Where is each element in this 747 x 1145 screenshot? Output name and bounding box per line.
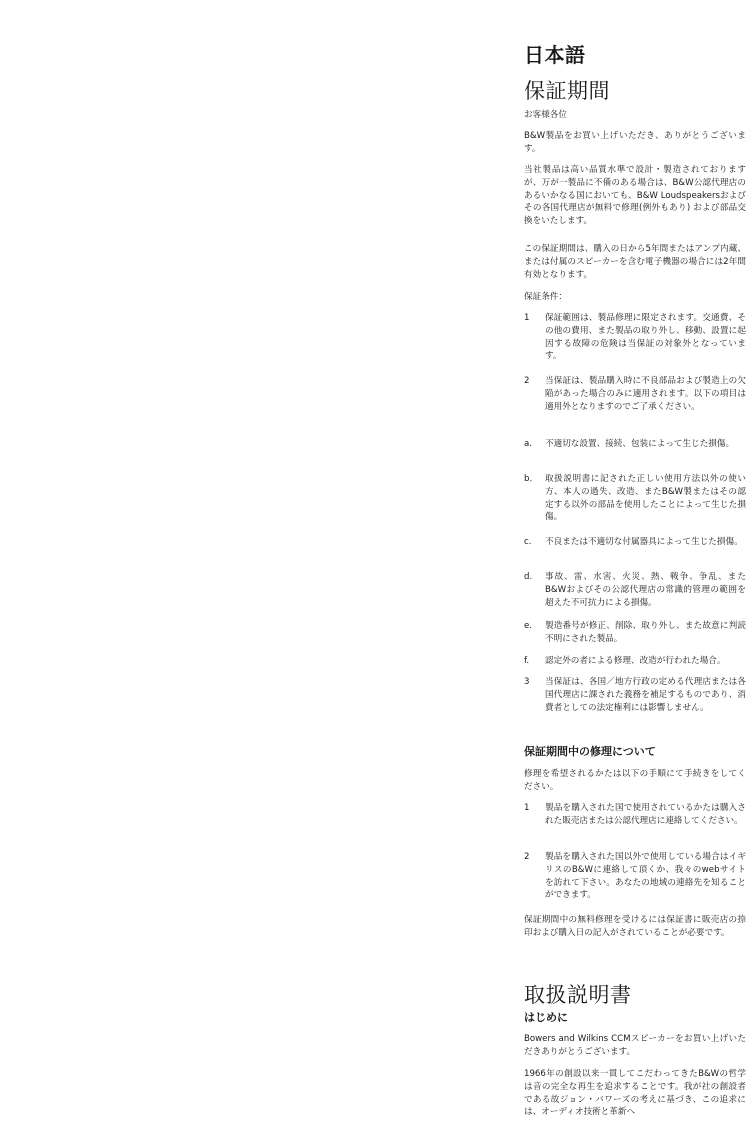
condition-item: a. 不適切な設置、接続、包装によって生じた損傷。 xyxy=(524,438,746,451)
condition-number: e. xyxy=(524,620,545,646)
condition-number: d. xyxy=(524,571,545,609)
warranty-para-2: 当社製品は高い品質水準で設計・製造されておりますが、万が一製品に不備のある場合は… xyxy=(524,164,746,228)
repair-step: 2 製品を購入された国以外で使用している場合はイギリスのB&Wに連絡して頂くか、… xyxy=(524,851,746,902)
language-heading: 日本語 xyxy=(524,43,586,67)
condition-item: 2 当保証は、製品購入時に不良部品および製造上の欠陥があった場合のみに適用されま… xyxy=(524,375,746,413)
condition-text: 認定外の者による修理、改造が行われた場合。 xyxy=(545,655,746,668)
condition-text: 当保証は、各国／地方行政の定める代理店または各国代理店に課された義務を補足するも… xyxy=(545,676,746,714)
step-text: 製品を購入された国で使用されているかたは購入された販売店または公認代理店に連絡し… xyxy=(545,802,746,828)
repair-note: 保証期間中の無料修理を受けるには保証書に販売店の捺印および購入日の記入がされてい… xyxy=(524,914,746,940)
step-number: 1 xyxy=(524,802,545,828)
condition-item: d. 事故、雷、水害、火災、熱、戦争、争乱、またB&Wおよびその公認代理店の常識… xyxy=(524,571,746,609)
warranty-para-1: B&W製品をお買い上げいただき、ありがとうございます。 xyxy=(524,130,746,156)
condition-text: 不適切な設置、接続、包装によって生じた損傷。 xyxy=(545,438,746,451)
condition-text: 製造番号が修正、削除、取り外し、また故意に判読不明にされた製品。 xyxy=(545,620,746,646)
repair-step: 1 製品を購入された国で使用されているかたは購入された販売店または公認代理店に連… xyxy=(524,802,746,828)
condition-item: f. 認定外の者による修理、改造が行われた場合。 xyxy=(524,655,746,668)
condition-number: a. xyxy=(524,438,545,451)
manual-title: 取扱説明書 xyxy=(524,983,746,1007)
condition-item: 1 保証範囲は、製品修理に限定されます。交通費、その他の費用、また製品の取り外し… xyxy=(524,312,746,363)
condition-text: 事故、雷、水害、火災、熱、戦争、争乱、またB&Wおよびその公認代理店の常識的管理… xyxy=(545,571,746,609)
condition-number: c. xyxy=(524,536,545,549)
condition-text: 当保証は、製品購入時に不良部品および製造上の欠陥があった場合のみに適用されます。… xyxy=(545,375,746,413)
conditions-label: 保証条件： xyxy=(524,291,746,304)
condition-item: 3 当保証は、各国／地方行政の定める代理店または各国代理店に課された義務を補足す… xyxy=(524,676,746,714)
repair-title: 保証期間中の修理について xyxy=(524,745,746,759)
condition-item: b. 取扱説明書に記された正しい使用方法以外の使い方、本人の過失、改造、またB&… xyxy=(524,473,746,524)
condition-number: 3 xyxy=(524,676,545,714)
intro-heading: はじめに xyxy=(524,1011,746,1025)
condition-number: 1 xyxy=(524,312,545,363)
warranty-para-3: この保証期間は、購入の日から5年間またはアンプ内蔵、または付属のスピーカーを含む… xyxy=(524,243,746,281)
warranty-title: 保証期間 xyxy=(524,79,746,103)
condition-text: 保証範囲は、製品修理に限定されます。交通費、その他の費用、また製品の取り外し、移… xyxy=(545,312,746,363)
condition-text: 取扱説明書に記された正しい使用方法以外の使い方、本人の過失、改造、またB&W製ま… xyxy=(545,473,746,524)
step-number: 2 xyxy=(524,851,545,902)
condition-item: c. 不良または不適切な付属器具によって生じた損傷。 xyxy=(524,536,746,549)
step-text: 製品を購入された国以外で使用している場合はイギリスのB&Wに連絡して頂くか、我々… xyxy=(545,851,746,902)
condition-number: f. xyxy=(524,655,545,668)
manual-para-2: 1966年の創設以来一貫してこだわってきたB&Wの哲学は音の完全な再生を追求する… xyxy=(524,1068,746,1119)
condition-number: b. xyxy=(524,473,545,524)
manual-para-1: Bowers and Wilkins CCMスピーカーをお買い上げいただきありが… xyxy=(524,1033,746,1059)
repair-intro: 修理を希望されるかたは以下の手順にて手続きをしてください。 xyxy=(524,768,746,794)
condition-number: 2 xyxy=(524,375,545,413)
condition-text: 不良または不適切な付属器具によって生じた損傷。 xyxy=(545,536,746,549)
salutation: お客様各位 xyxy=(524,109,746,122)
condition-item: e. 製造番号が修正、削除、取り外し、また故意に判読不明にされた製品。 xyxy=(524,620,746,646)
